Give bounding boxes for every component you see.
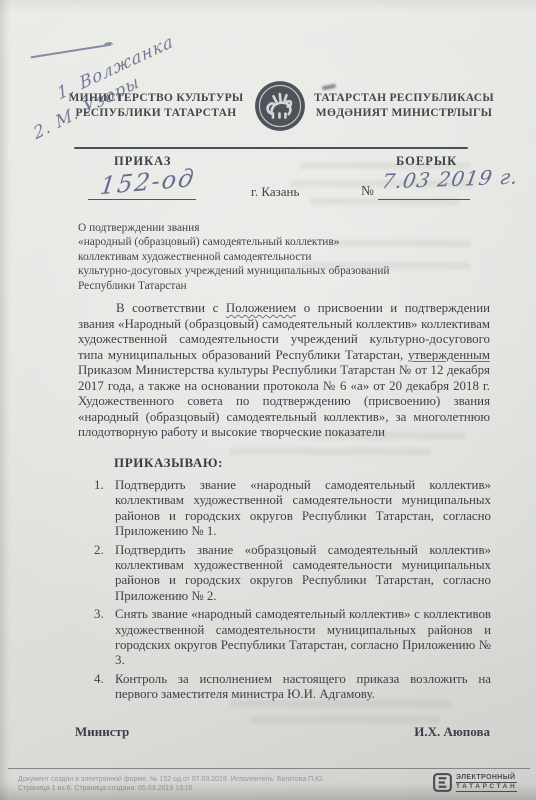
footer-meta: Документ создан в электронной форме. № 1… [18, 775, 324, 793]
item-text: Подтвердить звание «народный самодеятель… [115, 478, 491, 540]
underlined-word: Положением [226, 301, 296, 315]
subject-line: коллективам художественной самодеятельно… [78, 250, 448, 264]
subject-line: культурно-досуговых учреждений муниципал… [78, 264, 448, 278]
scanned-order-document: 1. Волжанка 2. М. Узоры МИНИСТЕРСТВО КУЛ… [0, 0, 536, 800]
letterhead-divider [74, 147, 468, 149]
subject-line: «народный (образцовый) самодеятельный ко… [78, 235, 448, 249]
body-text: Приказом Министерства культуры Республик… [78, 363, 490, 439]
bleed-through [230, 448, 430, 455]
item-number: 1. [94, 478, 115, 540]
number-sign: № [361, 183, 374, 199]
decree-word: ПРИКАЗЫВАЮ: [114, 455, 223, 471]
letterhead: МИНИСТЕРСТВО КУЛЬТУРЫ РЕСПУБЛИКИ ТАТАРСТ… [64, 80, 496, 132]
footer-meta-line1: Документ создан в электронной форме. № 1… [18, 775, 324, 784]
logo-line2: ТАТАРСТАН [456, 783, 517, 792]
list-item: 3. Снять звание «народный самодеятельный… [94, 607, 491, 669]
body-paragraph: В соответствии с Положением о присвоении… [78, 301, 490, 441]
list-item: 1. Подтвердить звание «народный самодеят… [94, 478, 491, 540]
directives-list: 1. Подтвердить звание «народный самодеят… [94, 478, 491, 706]
item-number: 2. [94, 543, 115, 605]
e-tatarstan-logo: ЭЛЕКТРОННЫЙ ТАТАРСТАН [433, 773, 517, 792]
order-date-handwritten: 7.03 2019 г. [380, 165, 521, 194]
item-text: Подтвердить звание «образцовый самодеяте… [115, 543, 491, 605]
e-tatarstan-logo-text: ЭЛЕКТРОННЫЙ ТАТАРСТАН [456, 774, 517, 792]
ministry-name-tatar: ТАТАРСТАН РЕСПУБЛИКАСЫ МӨДӘНИЯТ МИНИСТРЛ… [312, 91, 496, 121]
pen-stroke [30, 44, 111, 59]
item-text: Контроль за исполнением настоящего прика… [115, 672, 491, 703]
item-number: 4. [94, 672, 115, 703]
list-item: 2. Подтвердить звание «образцовый самоде… [94, 543, 491, 605]
ministry-name-ru-line1: МИНИСТЕРСТВО КУЛЬТУРЫ [64, 91, 248, 106]
ministry-name-tt-line2: МӨДӘНИЯТ МИНИСТРЛЫГЫ [312, 106, 496, 121]
ministry-name-tt-line1: ТАТАРСТАН РЕСПУБЛИКАСЫ [312, 91, 496, 106]
order-number-handwritten: 152-од [98, 164, 197, 201]
item-text: Снять звание «народный самодеятельный ко… [115, 607, 491, 669]
city-label: г. Казань [251, 184, 299, 200]
signature-row: Министр И.Х. Аюпова [75, 724, 490, 740]
logo-line1: ЭЛЕКТРОННЫЙ [456, 774, 517, 783]
footer-divider [8, 768, 530, 769]
footer-meta-line2: Страница 1 из 6. Страница создана: 05.03… [18, 784, 324, 793]
minister-title: Министр [75, 724, 129, 740]
item-number: 3. [94, 607, 115, 669]
subject-line: Республики Татарстан [78, 279, 448, 293]
body-text: В соответствии с [116, 301, 226, 315]
ministry-name-ru-line2: РЕСПУБЛИКИ ТАТАРСТАН [64, 106, 248, 121]
tatarstan-emblem-icon [254, 80, 306, 132]
subject-block: О подтверждении звания «народный (образц… [78, 221, 448, 293]
e-tatarstan-logo-icon [433, 773, 452, 792]
ministry-name-russian: МИНИСТЕРСТВО КУЛЬТУРЫ РЕСПУБЛИКИ ТАТАРСТ… [64, 91, 248, 121]
order-date-underline [378, 199, 470, 200]
bleed-through [250, 716, 440, 723]
subject-line: О подтверждении звания [78, 221, 448, 235]
underlined-word: утвержденным [408, 348, 490, 362]
minister-name: И.Х. Аюпова [414, 724, 490, 740]
list-item: 4. Контроль за исполнением настоящего пр… [94, 672, 491, 703]
